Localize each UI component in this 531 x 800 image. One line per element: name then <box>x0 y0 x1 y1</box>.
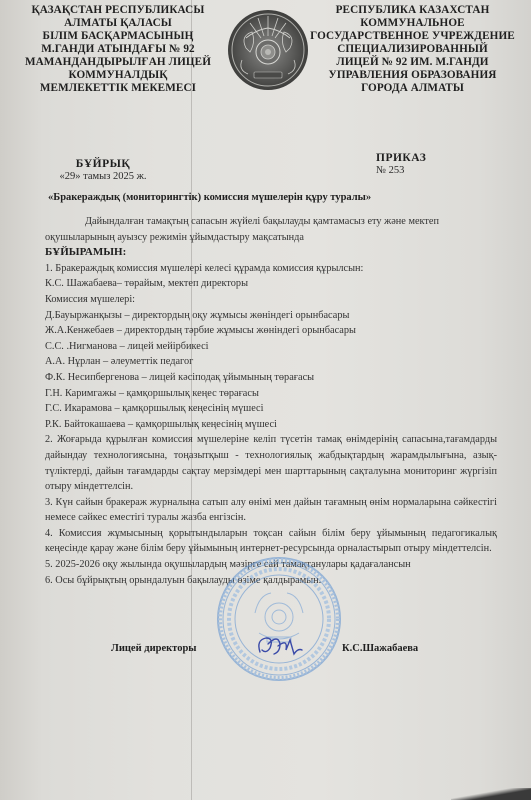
chair-line: К.С. Шажабаева– төрайым, мектеп директор… <box>45 276 497 292</box>
member-line: Р.К. Байтокашаева – қамқоршылық кеңесіні… <box>45 417 497 433</box>
document-body: Дайындалған тамақтың сапасын жүйелі бақы… <box>45 214 497 588</box>
state-emblem-icon <box>226 8 310 92</box>
order-kz-title: БҰЙРЫҚ <box>48 158 158 170</box>
official-stamp-icon <box>215 555 343 683</box>
header-kz-line: М.ГАНДИ АТЫНДАҒЫ № 92 <box>18 43 218 56</box>
signature-name: К.С.Шажабаева <box>342 643 418 654</box>
member-line: Г.Н. Каримгажы – қамқоршылық кеңес төрағ… <box>45 386 497 402</box>
header-kz-line: МАМАНДАНДЫРЫЛҒАН ЛИЦЕЙ <box>18 56 218 69</box>
member-line: А.А. Нұрлан – әлеуметтік педагог <box>45 354 497 370</box>
order-number: № 253 <box>376 165 456 176</box>
header-kz-line: КОММУНАЛДЫҚ <box>18 69 218 82</box>
item-2: 2. Жоғарыда құрылған комиссия мүшелеріне… <box>45 432 497 494</box>
scanned-document-page: ҚАЗАҚСТАН РЕСПУБЛИКАСЫ АЛМАТЫ ҚАЛАСЫ БІЛ… <box>0 0 531 800</box>
document-title: «Бракераждық (мониторингтік) комиссия мү… <box>48 192 371 203</box>
member-line: Ж.А.Кенжебаев – директордың тәрбие жұмыс… <box>45 323 497 339</box>
header-kz-line: МЕМЛЕКЕТТІК МЕКЕМЕСІ <box>18 82 218 95</box>
order-russian-block: ПРИКАЗ № 253 <box>376 152 456 176</box>
member-line: Ф.К. Несипбергенова – лицей кәсіподақ ұй… <box>45 370 497 386</box>
order-date: «29» тамыз 2025 ж. <box>48 171 158 182</box>
header-kz-line: БІЛІМ БАСҚАРМАСЫНЫҢ <box>18 30 218 43</box>
item-4: 4. Комиссия жұмысының қорытындыларын тоқ… <box>45 526 497 557</box>
item-3: 3. Күн сайын бракераж журналына сатып ал… <box>45 495 497 526</box>
item-1: 1. Бракераждық комиссия мүшелері келесі … <box>45 261 497 277</box>
header-kazakh: ҚАЗАҚСТАН РЕСПУБЛИКАСЫ АЛМАТЫ ҚАЛАСЫ БІЛ… <box>18 4 218 95</box>
member-line: С.С. .Нигманова – лицей мейірбикесі <box>45 339 497 355</box>
header-ru-line: РЕСПУБЛИКА КАЗАХСТАН <box>305 4 520 17</box>
members-heading: Комиссия мүшелері: <box>45 292 497 308</box>
member-line: Г.С. Икарамова – қамқоршылық кеңесінің м… <box>45 401 497 417</box>
page-corner-shadow <box>451 788 531 800</box>
header-ru-line: ГОРОДА АЛМАТЫ <box>305 82 520 95</box>
order-ru-title: ПРИКАЗ <box>376 152 456 164</box>
member-line: Д.Бауыржанқызы – директордың оқу жұмысы … <box>45 308 497 324</box>
preamble-line-1: Дайындалған тамақтың сапасын жүйелі бақы… <box>45 214 497 230</box>
header-russian: РЕСПУБЛИКА КАЗАХСТАН КОММУНАЛЬНОЕ ГОСУДА… <box>305 4 520 95</box>
preamble-line-2: оқушыларының ауызсу режимін ұйымдастыру … <box>45 230 497 246</box>
header-ru-line: ЛИЦЕЙ № 92 ИМ. М.ГАНДИ <box>305 56 520 69</box>
header-ru-line: УПРАВЛЕНИЯ ОБРАЗОВАНИЯ <box>305 69 520 82</box>
header-kz-line: АЛМАТЫ ҚАЛАСЫ <box>18 17 218 30</box>
handwritten-signature-icon <box>254 632 304 660</box>
header-ru-line: ГОСУДАРСТВЕННОЕ УЧРЕЖДЕНИЕ <box>305 30 520 43</box>
header-ru-line: КОММУНАЛЬНОЕ <box>305 17 520 30</box>
signature-position: Лицей директоры <box>111 643 196 654</box>
header-ru-line: СПЕЦИАЛИЗИРОВАННЫЙ <box>305 43 520 56</box>
header-kz-line: ҚАЗАҚСТАН РЕСПУБЛИКАСЫ <box>18 4 218 17</box>
order-kazakh-block: БҰЙРЫҚ «29» тамыз 2025 ж. <box>48 158 158 182</box>
decree-heading: БҰЙЫРАМЫН: <box>45 245 497 261</box>
